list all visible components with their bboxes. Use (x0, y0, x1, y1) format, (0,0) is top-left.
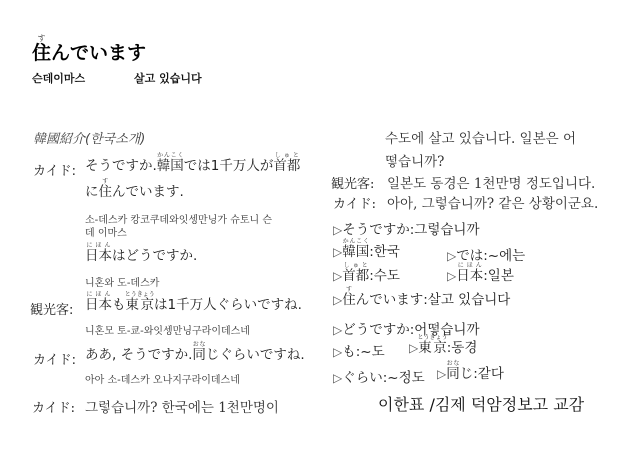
title-kanji: 住す (32, 42, 51, 64)
lesson-title: 住すんでいます (32, 34, 146, 65)
dialogue-line: そうですか.韓国かんこくでは1千万人が首都しゅと (85, 152, 300, 174)
speaker-label: カイド: (333, 193, 376, 212)
triangle-bullet-icon: ▷ (437, 367, 446, 381)
translation-line: 그렇습니까? 한국에는 1천만명이 (85, 396, 279, 416)
title-pronunciation: 슨데이마스 (32, 70, 85, 86)
title-meaning: 살고 있습니다 (134, 70, 202, 86)
pronunciation-line: 아아 소-데스카 오나지구라이데스네 (85, 371, 240, 386)
translation-line: 수도에 살고 있습니다. 일본은 어 (385, 127, 576, 147)
speaker-label: カイド: (33, 160, 76, 179)
triangle-bullet-icon: ▷ (333, 293, 342, 307)
triangle-bullet-icon: ▷ (333, 223, 342, 237)
vocab-item: ▷韓国かんこく:한국 (333, 238, 400, 260)
pronunciation-line: 니혼모 토-쿄-와잇셍만닝구라이데스네 (85, 322, 250, 337)
section-heading: 韓國紹介(한국소개) (33, 128, 145, 147)
triangle-bullet-icon: ▷ (333, 323, 342, 337)
translation-line: 떻습니까? (385, 150, 444, 170)
dialogue-line: に住すんでいます. (85, 178, 184, 200)
triangle-bullet-icon: ▷ (333, 345, 342, 359)
speaker-label: カイド: (33, 349, 76, 368)
vocab-item: ▷ぐらい:~정도 (333, 366, 425, 386)
dialogue-line: 日本にほんはどうですか. (85, 242, 197, 264)
pronunciation-line: 니혼와 도-데스카 (85, 274, 159, 289)
vocab-item: ▷も:~도 (333, 340, 385, 360)
triangle-bullet-icon: ▷ (447, 249, 456, 263)
dialogue-line: ああ, そうですか.同おなじぐらいですね. (85, 341, 305, 363)
translation-line: 아아, 그렇습니까? 같은 상황이군요. (387, 192, 598, 212)
pronunciation-line: 데 이마스 (85, 224, 127, 239)
vocab-item: ▷そうですか:그렇습니까 (333, 218, 480, 238)
author-credit: 이한표 /김제 덕암정보고 교감 (378, 392, 584, 415)
vocab-item: ▷同おなじ:같다 (437, 360, 504, 382)
triangle-bullet-icon: ▷ (333, 371, 342, 385)
vocab-item: ▷東京とうきょう:동경 (409, 334, 477, 356)
vocab-item: ▷首都しゅと:수도 (333, 262, 400, 284)
speaker-label: カイド: (32, 397, 75, 416)
speaker-label: 観光客: (30, 299, 73, 318)
speaker-label: 観光客: (331, 173, 374, 192)
triangle-bullet-icon: ▷ (333, 269, 342, 283)
triangle-bullet-icon: ▷ (447, 269, 456, 283)
vocab-item: ▷住すんでいます:살고 있습니다 (333, 286, 510, 308)
dialogue-line: 日本にほんも東京とうきょうは1千万人ぐらいですね. (85, 291, 302, 313)
vocab-item: ▷日本にほん:일본 (447, 262, 514, 284)
translation-line: 일본도 동경은 1천만명 정도입니다. (387, 172, 595, 192)
vocab-item: ▷では:~에는 (447, 244, 525, 264)
triangle-bullet-icon: ▷ (333, 245, 342, 259)
